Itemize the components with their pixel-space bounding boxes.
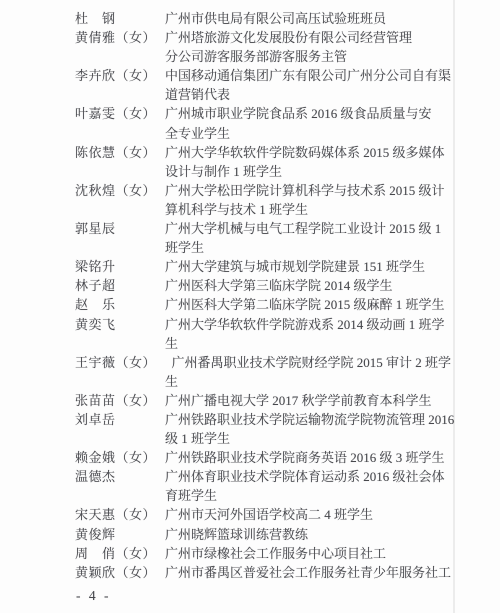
honoree-description: 广州晓辉篮球训练营教练 [165,525,465,544]
honoree-description: 广州市绿橡社会工作服务中心项目社工 [165,544,465,563]
list-item: 叶嘉雯（女）广州城市职业学院食品系 2016 级食品质量与安全专业学生 [75,104,465,142]
description-line: 广州铁路职业技术学院商务英语 2016 级 3 班学生 [165,448,465,467]
honoree-name: 李卉欣（女） [75,66,165,85]
description-line: 广州市天河外国语学校高二 4 班学生 [165,505,465,524]
honoree-name: 周 俏（女） [75,544,165,563]
list-item: 黄俊辉广州晓辉篮球训练营教练 [75,525,465,544]
honoree-name: 刘卓岳 [75,410,165,429]
honoree-name: 叶嘉雯（女） [75,104,165,123]
honoree-name: 黄奕飞 [75,315,165,334]
honoree-description: 广州铁路职业技术学院运输物流学院物流管理 2016级 1 班学生 [165,410,465,448]
description-line: 广州铁路职业技术学院运输物流学院物流管理 2016 [165,410,465,429]
honoree-description: 中国移动通信集团广东有限公司广州分公司自有渠道营销代表 [165,66,465,104]
honoree-description: 广州大学松田学院计算机科学与技术系 2015 级计算机科学与技术 1 班学生 [165,181,465,219]
description-line: 广州医科大学第三临床学院 2014 级学生 [165,276,465,295]
description-line: 道营销代表 [165,85,465,104]
honoree-description: 广州番禺职业技术学院财经学院 2015 审计 2 班学生 [165,353,465,391]
honoree-name: 梁铭升 [75,257,165,276]
description-line: 广州广播电视大学 2017 秋学学前教育本科学生 [165,391,465,410]
honoree-name: 黄颖欣（女） [75,563,165,582]
honoree-name: 黄倩雅（女） [75,28,165,47]
document-page: 杜 钢广州市供电局有限公司高压试验班班员黄倩雅（女）广州塔旅游文化发展股份有限公… [0,0,500,613]
honoree-name: 温德杰 [75,467,165,486]
description-line: 广州大学松田学院计算机科学与技术系 2015 级计 [165,181,465,200]
list-item: 梁铭升广州大学建筑与城市规划学院建景 151 班学生 [75,257,465,276]
list-item: 周 俏（女）广州市绿橡社会工作服务中心项目社工 [75,544,465,563]
honoree-description: 广州大学华软软件学院游戏系 2014 级动画 1 班学生 [165,315,465,353]
list-item: 温德杰广州体育职业技术学院体育运动系 2016 级社会体育班学生 [75,467,465,505]
description-line: 广州塔旅游文化发展股份有限公司经营管理 [165,28,465,47]
honoree-description: 广州大学建筑与城市规划学院建景 151 班学生 [165,257,465,276]
honoree-description: 广州医科大学第三临床学院 2014 级学生 [165,276,465,295]
description-line: 育班学生 [165,486,465,505]
list-item: 黄倩雅（女）广州塔旅游文化发展股份有限公司经营管理分公司游客服务部游客服务主管 [75,28,465,66]
description-line: 广州大学建筑与城市规划学院建景 151 班学生 [165,257,465,276]
page-number: - 4 - [76,588,111,603]
honoree-description: 广州医科大学第二临床学院 2015 级麻醉 1 班学生 [165,295,465,314]
honoree-description: 广州塔旅游文化发展股份有限公司经营管理分公司游客服务部游客服务主管 [165,28,465,66]
list-item: 刘卓岳广州铁路职业技术学院运输物流学院物流管理 2016级 1 班学生 [75,410,465,448]
page-footer: - 4 - [76,588,111,604]
honoree-name: 林子超 [75,276,165,295]
list-item: 郭星辰广州大学机械与电气工程学院工业设计 2015 级 1班学生 [75,219,465,257]
description-line: 广州城市职业学院食品系 2016 级食品质量与安 [165,104,465,123]
description-line: 全专业学生 [165,124,465,143]
list-item: 黄颖欣（女）广州市番禺区普爱社会工作服务社青少年服务社工 [75,563,465,582]
honoree-description: 广州体育职业技术学院体育运动系 2016 级社会体育班学生 [165,467,465,505]
honoree-name: 黄俊辉 [75,525,165,544]
honoree-name: 赵 乐 [75,295,165,314]
description-line: 广州体育职业技术学院体育运动系 2016 级社会体 [165,467,465,486]
description-line: 广州晓辉篮球训练营教练 [165,525,465,544]
honoree-name: 郭星辰 [75,219,165,238]
description-line: 广州番禺职业技术学院财经学院 2015 审计 2 班学 [165,353,465,372]
description-line: 级 1 班学生 [165,429,465,448]
list-item: 黄奕飞广州大学华软软件学院游戏系 2014 级动画 1 班学生 [75,315,465,353]
description-line: 广州医科大学第二临床学院 2015 级麻醉 1 班学生 [165,295,465,314]
honoree-description: 广州市供电局有限公司高压试验班班员 [165,9,465,28]
description-line: 中国移动通信集团广东有限公司广州分公司自有渠 [165,66,465,85]
honoree-name: 宋天惠（女） [75,505,165,524]
list-item: 王宇薇（女） 广州番禺职业技术学院财经学院 2015 审计 2 班学生 [75,353,465,391]
description-line: 广州市绿橡社会工作服务中心项目社工 [165,544,465,563]
honoree-description: 广州大学华软软件学院数码媒体系 2015 级多媒体设计与制作 1 班学生 [165,143,465,181]
honoree-description: 广州城市职业学院食品系 2016 级食品质量与安全专业学生 [165,104,465,142]
honoree-name: 杜 钢 [75,9,165,28]
honoree-description: 广州大学机械与电气工程学院工业设计 2015 级 1班学生 [165,219,465,257]
description-line: 广州大学机械与电气工程学院工业设计 2015 级 1 [165,219,465,238]
honoree-description: 广州铁路职业技术学院商务英语 2016 级 3 班学生 [165,448,465,467]
description-line: 班学生 [165,238,465,257]
description-line: 广州市番禺区普爱社会工作服务社青少年服务社工 [165,563,465,582]
list-item: 赖金娥（女）广州铁路职业技术学院商务英语 2016 级 3 班学生 [75,448,465,467]
honoree-name: 张苗苗（女） [75,391,165,410]
list-item: 张苗苗（女）广州广播电视大学 2017 秋学学前教育本科学生 [75,391,465,410]
list-item: 李卉欣（女）中国移动通信集团广东有限公司广州分公司自有渠道营销代表 [75,66,465,104]
list-item: 林子超广州医科大学第三临床学院 2014 级学生 [75,276,465,295]
honoree-list: 杜 钢广州市供电局有限公司高压试验班班员黄倩雅（女）广州塔旅游文化发展股份有限公… [75,9,465,582]
description-line: 广州大学华软软件学院数码媒体系 2015 级多媒体 [165,143,465,162]
honoree-description: 广州广播电视大学 2017 秋学学前教育本科学生 [165,391,465,410]
honoree-name: 沈秋煌（女） [75,181,165,200]
honoree-description: 广州市番禺区普爱社会工作服务社青少年服务社工 [165,563,465,582]
description-line: 生 [165,334,465,353]
list-item: 杜 钢广州市供电局有限公司高压试验班班员 [75,9,465,28]
description-line: 算机科学与技术 1 班学生 [165,200,465,219]
description-line: 分公司游客服务部游客服务主管 [165,47,465,66]
list-item: 沈秋煌（女）广州大学松田学院计算机科学与技术系 2015 级计算机科学与技术 1… [75,181,465,219]
list-item: 赵 乐广州医科大学第二临床学院 2015 级麻醉 1 班学生 [75,295,465,314]
honoree-name: 赖金娥（女） [75,448,165,467]
description-line: 广州市供电局有限公司高压试验班班员 [165,9,465,28]
list-item: 宋天惠（女）广州市天河外国语学校高二 4 班学生 [75,505,465,524]
honoree-description: 广州市天河外国语学校高二 4 班学生 [165,505,465,524]
description-line: 生 [165,372,465,391]
description-line: 设计与制作 1 班学生 [165,162,465,181]
honoree-name: 王宇薇（女） [75,353,165,372]
description-line: 广州大学华软软件学院游戏系 2014 级动画 1 班学 [165,315,465,334]
honoree-name: 陈依慧（女） [75,143,165,162]
list-item: 陈依慧（女）广州大学华软软件学院数码媒体系 2015 级多媒体设计与制作 1 班… [75,143,465,181]
